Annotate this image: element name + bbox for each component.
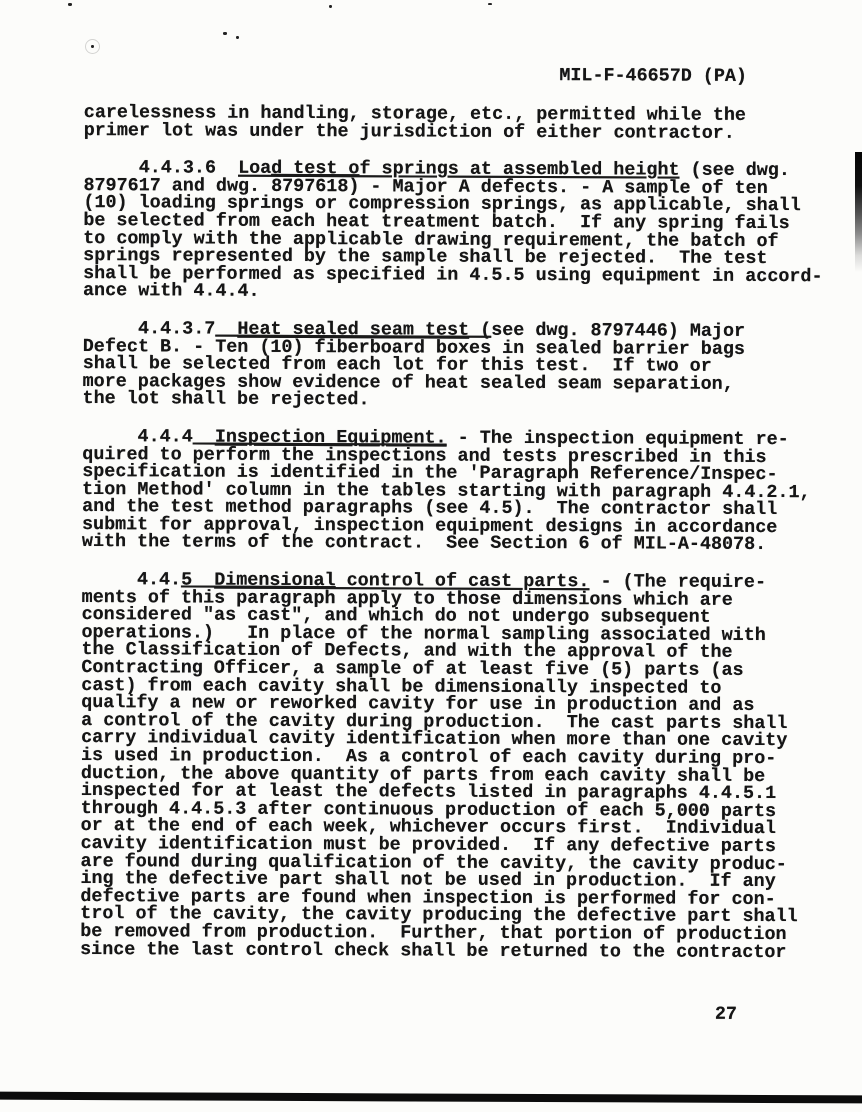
text-line: with the terms of the contract. See Sect…	[82, 533, 822, 554]
text-line: since the last control check shall be re…	[80, 941, 820, 962]
text-segment: primer lot was under the jurisdiction of…	[84, 120, 735, 144]
paragraph: carelessness in handling, storage, etc.,…	[84, 104, 824, 142]
paragraph: 4.4.3.6 Load test of springs at assemble…	[83, 159, 823, 303]
text-line: primer lot was under the jurisdiction of…	[84, 122, 824, 143]
text-segment: ance with 4.4.4.	[83, 280, 260, 302]
page-content: MIL-F-46657D (PA) carelessness in handli…	[0, 0, 862, 1112]
text-segment: with the terms of the contract. See Sect…	[82, 531, 766, 555]
document-number: MIL-F-46657D (PA)	[0, 65, 747, 86]
page-number: 27	[715, 1006, 737, 1024]
paragraph: 4.4.5 Dimensional control of cast parts.…	[80, 571, 821, 961]
paragraph: 4.4.4 Inspection Equipment. - The inspec…	[82, 428, 822, 554]
text-segment: the lot shall be rejected.	[83, 388, 370, 410]
document-body: carelessness in handling, storage, etc.,…	[80, 104, 823, 961]
text-segment: since the last control check shall be re…	[80, 939, 786, 963]
bottom-scan-bar	[0, 1092, 862, 1104]
paragraph: 4.4.3.7 Heat sealed seam test (see dwg. …	[83, 320, 823, 411]
scanned-page: MIL-F-46657D (PA) carelessness in handli…	[0, 0, 862, 1112]
